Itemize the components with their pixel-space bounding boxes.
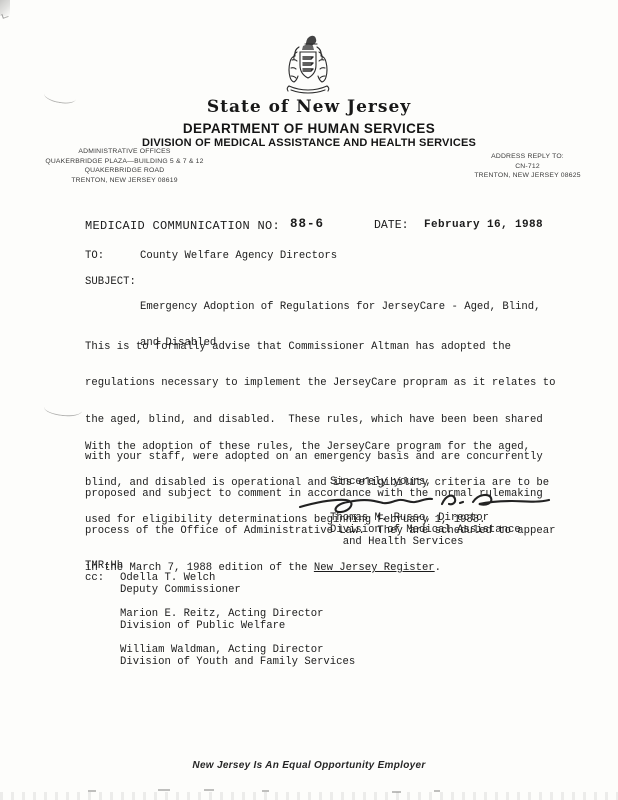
- to-label: TO:: [85, 250, 104, 262]
- reply-address-line: TRENTON, NEW JERSEY 08625: [445, 171, 610, 181]
- body-line-text: .: [435, 562, 441, 574]
- state-title: State of New Jersey: [0, 97, 618, 117]
- scan-artifact-speck: [434, 790, 440, 792]
- scan-artifact-speck: [88, 790, 96, 792]
- body-line: blind, and disabled is operational and i…: [85, 477, 549, 489]
- scan-artifact-tick: [1, 12, 8, 19]
- date-label: DATE:: [374, 220, 409, 232]
- cc-recipient-name: Marion E. Reitz, Acting Director: [120, 608, 323, 620]
- salutation: Sincerely yours,: [330, 476, 432, 488]
- cc-recipient-title: Deputy Commissioner: [120, 584, 241, 596]
- admin-address-line: QUAKERBRIDGE PLAZA—BUILDING 5 & 7 & 12: [22, 157, 227, 167]
- scan-artifact-bottom-band: [0, 792, 618, 800]
- department-title: DEPARTMENT OF HUMAN SERVICES: [0, 121, 618, 136]
- subject-line: Emergency Adoption of Regulations for Je…: [140, 301, 541, 313]
- subject-label: SUBJECT:: [85, 276, 136, 288]
- scanned-letter-page: State of New Jersey DEPARTMENT OF HUMAN …: [0, 0, 618, 800]
- body-line: With the adoption of these rules, the Je…: [85, 441, 549, 453]
- cc-recipient-title: Division of Public Welfare: [120, 620, 285, 632]
- reply-address-line: CN-712: [445, 162, 610, 172]
- to-value: County Welfare Agency Directors: [140, 250, 337, 262]
- administrative-offices-address: ADMINISTRATIVE OFFICES QUAKERBRIDGE PLAZ…: [22, 147, 227, 185]
- signer-division: Division of Medical Assistance: [330, 524, 521, 536]
- cc-recipient-title: Division of Youth and Family Services: [120, 656, 355, 668]
- reference-initials: TMR:Hh: [85, 560, 123, 572]
- scan-artifact-speck: [392, 791, 401, 793]
- communication-number-label: MEDICAID COMMUNICATION NO:: [85, 220, 280, 232]
- cc-recipient-name: Odella T. Welch: [120, 572, 215, 584]
- scan-artifact-speck: [262, 790, 269, 792]
- reply-address: ADDRESS REPLY TO: CN-712 TRENTON, NEW JE…: [445, 152, 610, 181]
- body-line: regulations necessary to implement the J…: [85, 377, 555, 389]
- admin-address-line: ADMINISTRATIVE OFFICES: [22, 147, 227, 157]
- scan-artifact-arc: [43, 400, 82, 418]
- date-value: February 16, 1988: [424, 219, 543, 231]
- communication-number-value: 88-6: [290, 218, 324, 230]
- body-line: This is to formally advise that Commissi…: [85, 341, 555, 353]
- signer-division-cont: and Health Services: [330, 536, 464, 548]
- publication-title: New Jersey Register: [314, 562, 435, 574]
- cc-recipient-name: William Waldman, Acting Director: [120, 644, 323, 656]
- scan-artifact-speck: [204, 789, 214, 791]
- cc-label: cc:: [85, 572, 104, 584]
- equal-opportunity-notice: New Jersey Is An Equal Opportunity Emplo…: [0, 760, 618, 771]
- admin-address-line: TRENTON, NEW JERSEY 08619: [22, 176, 227, 186]
- reply-address-line: ADDRESS REPLY TO:: [445, 152, 610, 162]
- signer-name-title: Thomas M. Russo, Director: [330, 512, 489, 524]
- admin-address-line: QUAKERBRIDGE ROAD: [22, 166, 227, 176]
- new-jersey-state-seal-icon: [279, 34, 337, 103]
- scan-artifact-speck: [158, 789, 170, 791]
